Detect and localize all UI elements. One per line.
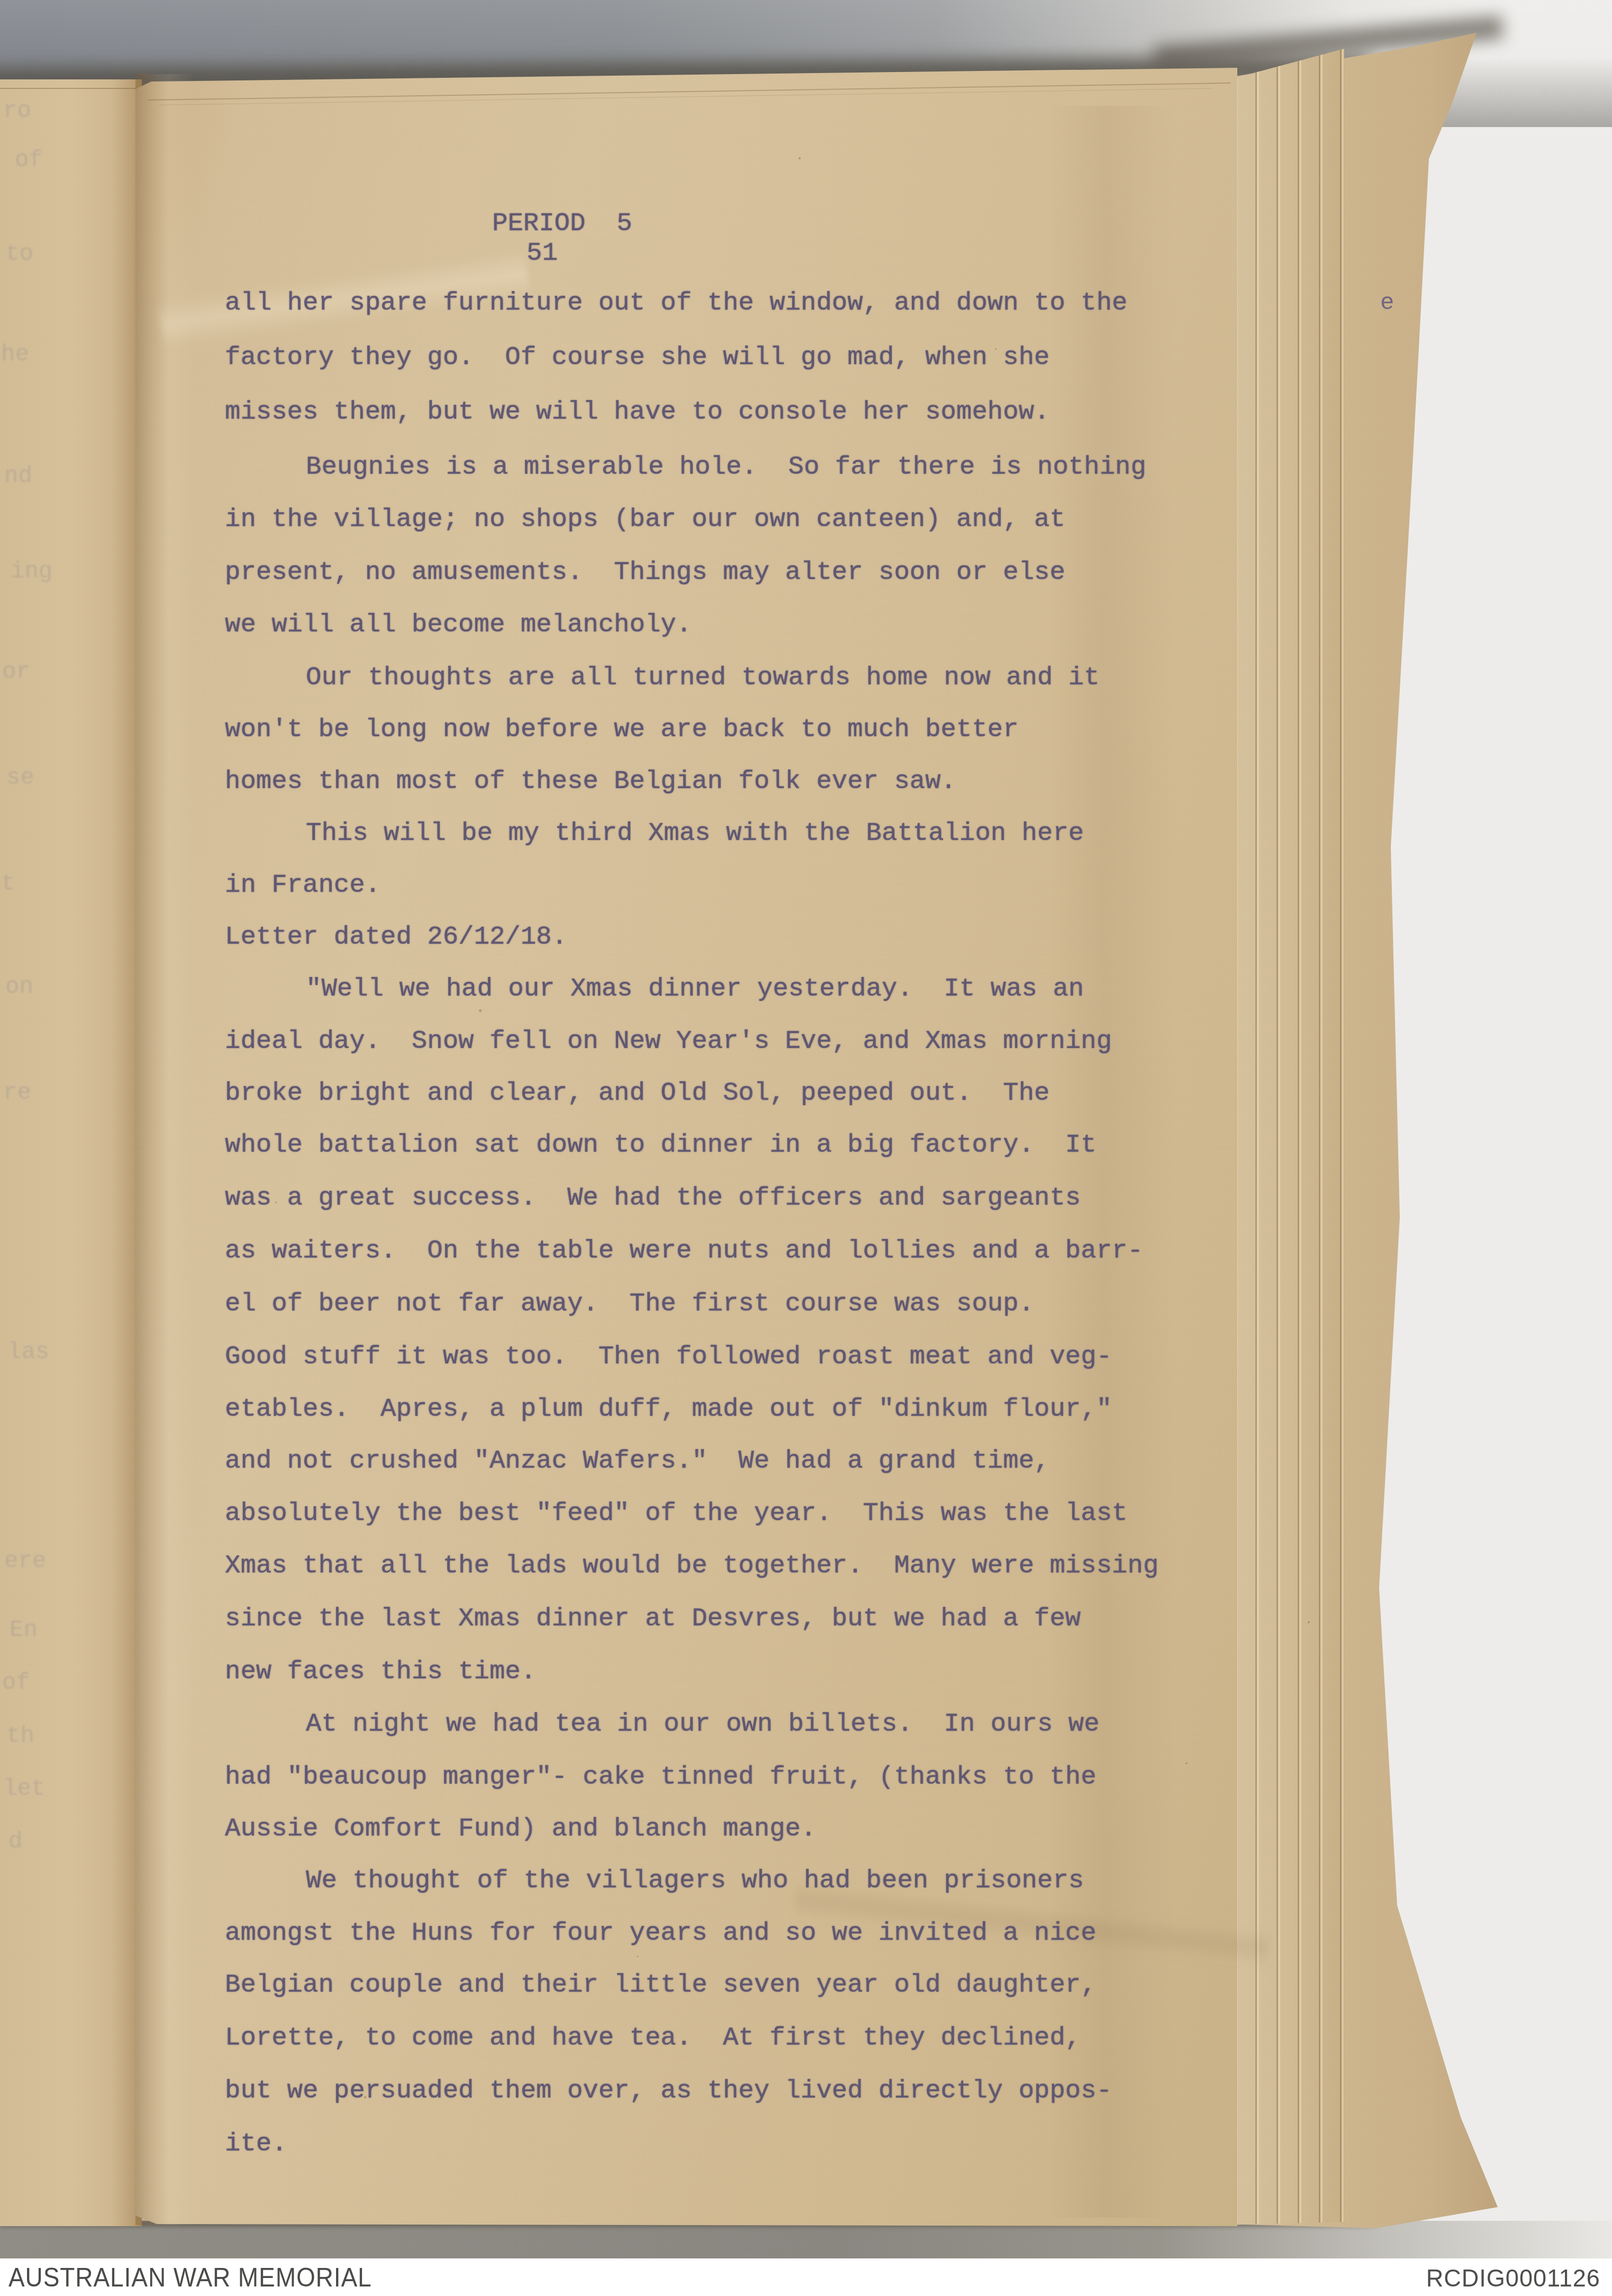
typewritten-line: Aussie Comfort Fund) and blanch mange. xyxy=(225,1813,816,1845)
page-edge-stack xyxy=(1226,49,1344,2225)
bleed-through-fragment: he xyxy=(1,341,29,368)
bleed-through-fragment: t xyxy=(1,871,15,897)
typewritten-line: and not crushed "Anzac Wafers." We had a… xyxy=(225,1445,1049,1477)
typewritten-line: present, no amusements. Things may alter… xyxy=(225,556,1065,588)
page-crease xyxy=(1048,106,1175,2218)
bleed-through-fragment: let xyxy=(3,1776,45,1802)
bleed-through-fragment: d xyxy=(8,1829,22,1855)
paper-speck xyxy=(1185,1762,1188,1764)
typewritten-line: el of beer not far away. The first cours… xyxy=(225,1288,1034,1319)
typewritten-line: won't be long now before we are back to … xyxy=(225,713,1019,745)
footer-record-id: RCDIG0001126 xyxy=(1426,2264,1600,2292)
typewritten-line: Xmas that all the lads would be together… xyxy=(225,1550,1158,1581)
typewritten-line: etables. Apres, a plum duff, made out of… xyxy=(225,1393,1112,1425)
bleed-through-fragment: ere xyxy=(4,1548,46,1575)
typewritten-line: we will all become melancholy. xyxy=(225,609,692,640)
typewritten-line: ite. xyxy=(225,2128,287,2159)
paper-speck xyxy=(1308,1621,1310,1623)
typewritten-line: ideal day. Snow fell on New Year's Eve, … xyxy=(225,1025,1112,1057)
bleed-through-fragment: to xyxy=(5,241,33,267)
typewritten-line: misses them, but we will have to console… xyxy=(225,396,1049,428)
typewritten-line: We thought of the villagers who had been… xyxy=(306,1865,1084,1896)
paper-speck xyxy=(995,348,997,350)
bleed-through-fragment: se xyxy=(6,765,34,791)
footer-institution-label: AUSTRALIAN WAR MEMORIAL xyxy=(8,2263,372,2292)
typewritten-line: Lorette, to come and have tea. At first … xyxy=(225,2022,1081,2054)
typewritten-line: At night we had tea in our own billets. … xyxy=(306,1708,1100,1740)
typewritten-line: Good stuff it was too. Then followed roa… xyxy=(225,1341,1112,1372)
bleed-through-fragment: th xyxy=(6,1723,34,1749)
typewritten-line: absolutely the best "feed" of the year. … xyxy=(225,1497,1127,1529)
paper-speck xyxy=(479,1009,482,1012)
typewritten-line: factory they go. Of course she will go m… xyxy=(225,341,1049,373)
paper-speck xyxy=(637,1956,638,1957)
typewritten-line: broke bright and clear, and Old Sol, pee… xyxy=(225,1077,1049,1109)
typewritten-line: "Well we had our Xmas dinner yesterday. … xyxy=(306,973,1084,1005)
bleed-through-fragment: En xyxy=(10,1617,38,1643)
typewritten-line: new faces this time. xyxy=(225,1656,536,1687)
typewritten-line: This will be my third Xmas with the Batt… xyxy=(306,817,1084,849)
typewritten-line: amongst the Huns for four years and so w… xyxy=(225,1917,1097,1949)
typewritten-line: since the last Xmas dinner at Desvres, b… xyxy=(225,1603,1081,1634)
page-header-period: PERIOD 5 xyxy=(492,207,632,239)
typewritten-line: in the village; no shops (bar our own ca… xyxy=(225,503,1065,535)
bleed-through-fragment: ro xyxy=(3,98,31,124)
bleed-through-fragment: las xyxy=(7,1339,49,1366)
paper-speck xyxy=(799,157,801,159)
paper-speck xyxy=(364,2096,366,2099)
typewritten-line: Beugnies is a miserable hole. So far the… xyxy=(306,451,1146,483)
typewritten-line: as waiters. On the table were nuts and l… xyxy=(225,1235,1143,1267)
bleed-through-fragment: of xyxy=(15,147,43,174)
typewritten-line: Belgian couple and their little seven ye… xyxy=(225,1969,1097,2001)
bleed-through-fragment: or xyxy=(2,659,30,685)
stray-typed-character: e xyxy=(1380,290,1394,317)
typewritten-line: whole battalion sat down to dinner in a … xyxy=(225,1129,1097,1161)
bleed-through-fragment: on xyxy=(5,974,33,1000)
page-number: 51 xyxy=(527,237,558,269)
previous-page-edge: rooftohendingorsetonrelasereEnofthletd xyxy=(0,79,142,2226)
bleed-through-fragment: nd xyxy=(4,463,32,490)
typewritten-line: Letter dated 26/12/18. xyxy=(225,921,567,953)
scanned-document-page: rooftohendingorsetonrelasereEnofthletd P… xyxy=(0,0,1612,2296)
bleed-through-fragment: of xyxy=(2,1670,30,1696)
bleed-through-fragment: re xyxy=(3,1080,31,1106)
typewritten-line: had "beaucoup manger"- cake tinned fruit… xyxy=(225,1761,1097,1793)
bleed-through-fragment: ing xyxy=(11,558,52,585)
gutter-fold-shadow xyxy=(135,74,215,2225)
typewritten-line: all her spare furniture out of the windo… xyxy=(225,287,1127,319)
typewritten-line: homes than most of these Belgian folk ev… xyxy=(225,765,956,797)
typewritten-line: in France. xyxy=(225,869,381,901)
typewritten-line: Our thoughts are all turned towards home… xyxy=(306,662,1100,693)
paper-speck xyxy=(275,1201,277,1204)
typewritten-line: but we persuaded them over, as they live… xyxy=(225,2075,1112,2107)
footer-bar: AUSTRALIAN WAR MEMORIAL RCDIG0001126 xyxy=(0,2258,1612,2296)
typewritten-line: was a great success. We had the officers… xyxy=(225,1182,1081,1214)
